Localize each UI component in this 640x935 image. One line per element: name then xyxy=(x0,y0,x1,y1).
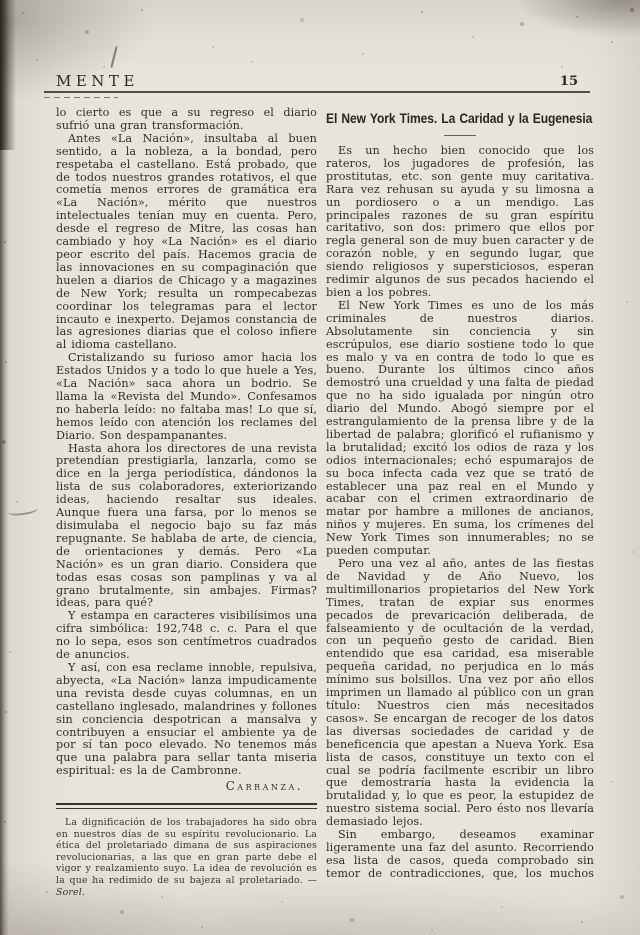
scanned-page: MENTE 15 lo cierto es que a su regreso e… xyxy=(0,0,640,935)
header-rule-dash xyxy=(44,97,118,98)
article-paragraph: Cristalizando su furioso amor hacia los … xyxy=(56,352,317,442)
scan-squiggle-mark xyxy=(8,504,39,517)
footnote-divider-rule xyxy=(56,803,317,809)
author-signature: Carranza. xyxy=(56,780,317,793)
header-rule xyxy=(44,91,590,93)
scan-edge-shadow-top xyxy=(0,0,16,150)
article-paragraph: Y estampa en caracteres visibilísimos un… xyxy=(56,610,317,662)
title-divider-rule xyxy=(444,135,476,136)
footnote: La dignificación de los trabajadores ha … xyxy=(56,817,317,898)
scan-mark xyxy=(110,46,117,68)
article-paragraph: Hasta ahora los directores de una revist… xyxy=(56,443,317,611)
article-title: El New York Times. La Caridad y la Eugen… xyxy=(326,110,556,126)
scan-noise-speckles xyxy=(0,0,2,2)
page-number: 15 xyxy=(560,74,578,89)
article-paragraph: Antes «La Nación», insultaba al buen sen… xyxy=(56,133,317,352)
article-paragraph: El New York Times es uno de los más crim… xyxy=(326,300,594,558)
footnote-text: La dignificación de los trabajadores ha … xyxy=(56,817,317,886)
journal-title: MENTE xyxy=(56,72,139,90)
article-paragraph: Y así, con esa reclame innoble, repulsiv… xyxy=(56,662,317,778)
right-column: El New York Times. La Caridad y la Eugen… xyxy=(326,110,594,881)
left-column: lo cierto es que a su regreso el diario … xyxy=(56,107,317,898)
article-paragraph: Es un hecho bien conocido que los ratero… xyxy=(326,145,594,300)
article-paragraph: lo cierto es que a su regreso el diario … xyxy=(56,107,317,133)
footnote-attribution: Sorel. xyxy=(56,887,85,898)
article-paragraph: Sin embargo, deseamos examinar ligeramen… xyxy=(326,829,594,881)
article-paragraph: Pero una vez al año, antes de las fiesta… xyxy=(326,558,594,829)
